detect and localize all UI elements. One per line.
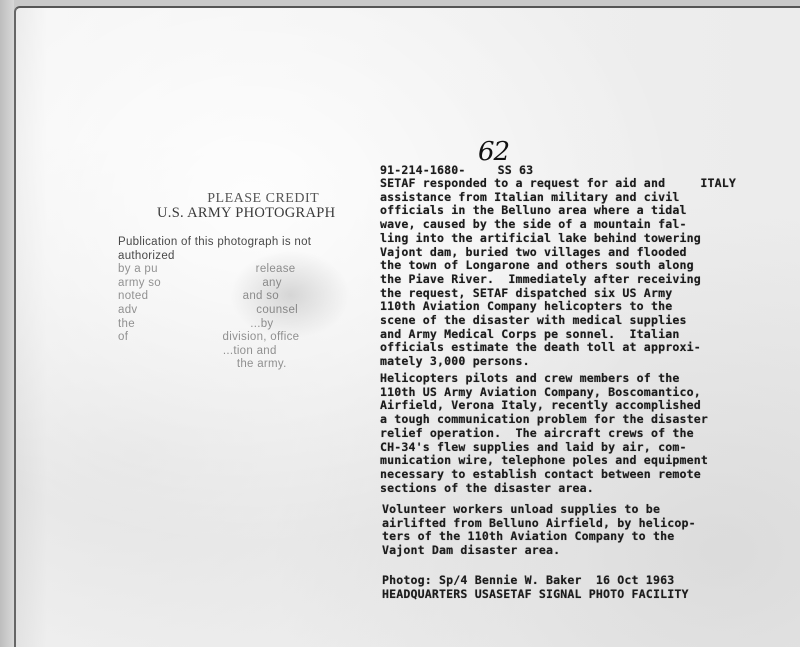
text-line: mately 3,000 persons. xyxy=(380,355,701,369)
faded-publication-notice: Publication of this photograph is notaut… xyxy=(118,236,311,372)
text-line: relief operation. The aircraft crews of … xyxy=(380,427,708,441)
text-line: officials estimate the death toll at app… xyxy=(380,341,701,355)
text-line: the army. xyxy=(118,358,311,372)
text-line: ...tion and xyxy=(118,345,311,359)
text-line: sections of the disaster area. xyxy=(380,482,708,496)
text-line: the town of Longarone and others south a… xyxy=(380,259,701,273)
text-line: necessary to establish contact between r… xyxy=(380,468,708,482)
text-line: the Piave River. Immediately after recei… xyxy=(380,273,701,287)
text-line: by a pu release xyxy=(118,263,311,277)
text-line: Helicopters pilots and crew members of t… xyxy=(380,372,708,386)
text-line: a tough communication problem for the di… xyxy=(380,413,708,427)
text-line: army so any xyxy=(118,277,311,291)
handwritten-number: 62 xyxy=(478,137,509,167)
photographer-credit: Photog: Sp/4 Bennie W. Baker 16 Oct 1963… xyxy=(382,574,689,601)
credit-stamp-line2: U.S. ARMY PHOTOGRAPH xyxy=(157,206,335,221)
reference-prefix: 91-214-1680- xyxy=(380,163,466,177)
country-label: ITALY xyxy=(700,177,736,191)
text-line: authorized xyxy=(118,250,311,264)
text-line: Vajont dam, buried two villages and floo… xyxy=(380,246,701,260)
text-line: scene of the disaster with medical suppl… xyxy=(380,314,701,328)
text-line: ling into the artificial lake behind tow… xyxy=(380,232,701,246)
text-line: Volunteer workers unload supplies to be xyxy=(382,503,696,517)
caption-paragraph-2: Helicopters pilots and crew members of t… xyxy=(380,372,708,495)
text-line: the ...by xyxy=(118,318,311,332)
credit-stamp-line1: PLEASE CREDIT xyxy=(157,191,335,206)
text-line: Publication of this photograph is not xyxy=(118,236,311,250)
text-line: Vajont Dam disaster area. xyxy=(382,544,696,558)
scan-edge xyxy=(0,0,14,647)
text-line: SETAF responded to a request for aid and xyxy=(380,177,701,191)
text-line: noted and so xyxy=(118,290,311,304)
text-line: 110th Aviation Company helicopters to th… xyxy=(380,300,701,314)
text-line: HEADQUARTERS USASETAF SIGNAL PHOTO FACIL… xyxy=(382,588,689,602)
text-line: munication wire, telephone poles and equ… xyxy=(380,454,708,468)
caption-paragraph-1: SETAF responded to a request for aid and… xyxy=(380,177,701,369)
caption-paragraph-3: Volunteer workers unload supplies to bea… xyxy=(382,503,696,558)
text-line: Photog: Sp/4 Bennie W. Baker 16 Oct 1963 xyxy=(382,574,689,588)
text-line: adv counsel xyxy=(118,304,311,318)
text-line: wave, caused by the side of a mountain f… xyxy=(380,218,701,232)
text-line: of division, office xyxy=(118,331,311,345)
credit-stamp: PLEASE CREDIT U.S. ARMY PHOTOGRAPH xyxy=(157,191,335,221)
